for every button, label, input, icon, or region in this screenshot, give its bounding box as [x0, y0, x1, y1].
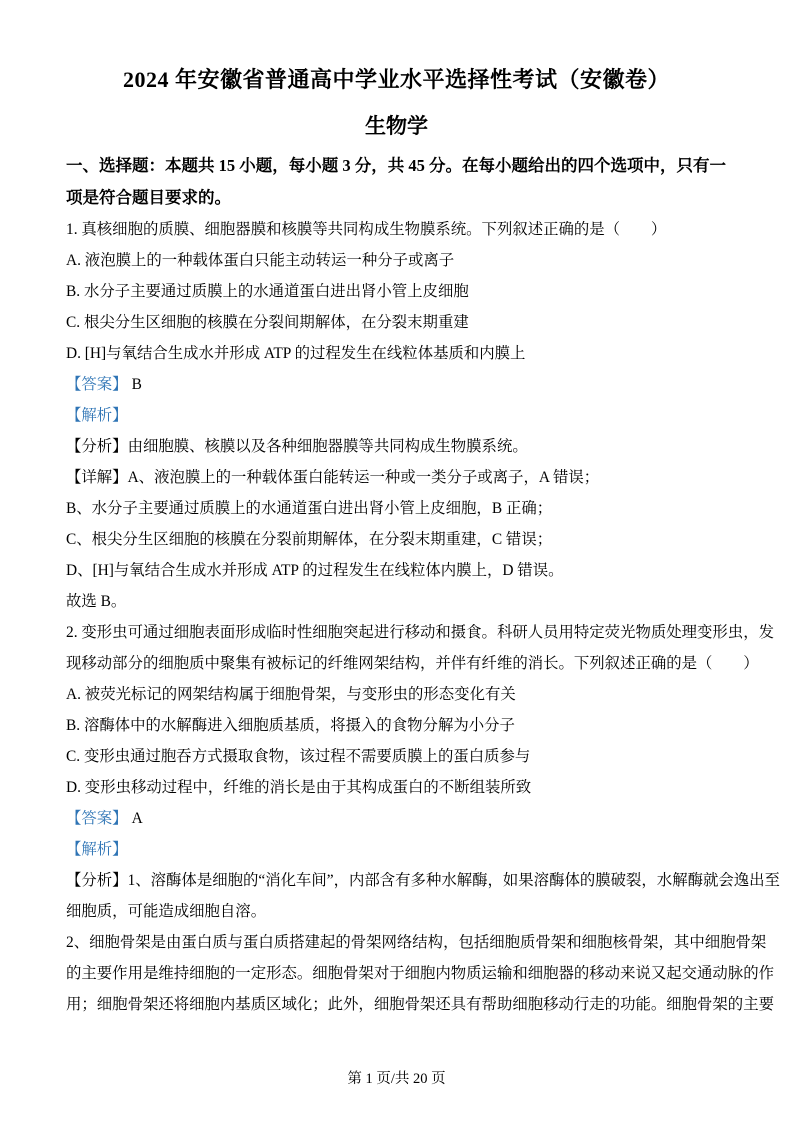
question-1-option-c: C. 根尖分生区细胞的核膜在分裂间期解体，在分裂末期重建 — [66, 307, 727, 338]
question-1-explain-line: C、根尖分生区细胞的核膜在分裂前期解体，在分裂末期重建，C 错误； — [66, 524, 727, 555]
question-2-option-d: D. 变形虫移动过程中，纤维的消长是由于其构成蛋白的不断组装所致 — [66, 772, 727, 803]
section-header: 一、选择题：本题共 15 小题，每小题 3 分，共 45 分。在每小题给出的四个… — [66, 150, 727, 214]
answer-label: 【答案】 — [66, 810, 128, 827]
question-1-explain-line: B、水分子主要通过质膜上的水通道蛋白进出肾小管上皮细胞，B 正确； — [66, 493, 727, 524]
question-2-explain-line: 【分析】1、溶酶体是细胞的“消化车间”，内部含有多种水解酶，如果溶酶体的膜破裂，… — [66, 865, 727, 896]
question-1-explain-line: 【详解】A、液泡膜上的一种载体蛋白能转运一种或一类分子或离子，A 错误； — [66, 462, 727, 493]
question-2-explain-line: 2、细胞骨架是由蛋白质与蛋白质搭建起的骨架网络结构，包括细胞质骨架和细胞核骨架，… — [66, 927, 727, 958]
question-1-option-b: B. 水分子主要通过质膜上的水通道蛋白进出肾小管上皮细胞 — [66, 276, 727, 307]
question-2-explain-line: 用；细胞骨架还将细胞内基质区域化；此外，细胞骨架还具有帮助细胞移动行走的功能。细… — [66, 989, 727, 1020]
page-footer: 第 1 页/共 20 页 — [0, 1068, 793, 1090]
analysis-label: 【解析】 — [66, 400, 727, 431]
question-2-option-a: A. 被荧光标记的网架结构属于细胞骨架，与变形虫的形态变化有关 — [66, 679, 727, 710]
question-2-answer-line: 【答案】A — [66, 803, 727, 834]
question-2-stem: 2. 变形虫可通过细胞表面形成临时性细胞突起进行移动和摄食。科研人员用特定荧光物… — [66, 617, 727, 648]
answer-label: 【答案】 — [66, 376, 128, 393]
question-1-explain-line: D、[H]与氧结合生成水并形成 ATP 的过程发生在线粒体内膜上，D 错误。 — [66, 555, 727, 586]
document-subtitle: 生物学 — [66, 108, 727, 144]
answer-value: A — [132, 810, 143, 827]
exam-document-page: 2024 年安徽省普通高中学业水平选择性考试（安徽卷） 生物学 一、选择题：本题… — [0, 0, 793, 1122]
question-1-explain-line: 【分析】由细胞膜、核膜以及各种细胞器膜等共同构成生物膜系统。 — [66, 431, 727, 462]
question-2: 2. 变形虫可通过细胞表面形成临时性细胞突起进行移动和摄食。科研人员用特定荧光物… — [66, 617, 727, 1020]
question-2-explain-line: 的主要作用是维持细胞的一定形态。细胞骨架对于细胞内物质运输和细胞器的移动来说又起… — [66, 958, 727, 989]
question-2-explain-line: 细胞质，可能造成细胞自溶。 — [66, 896, 727, 927]
question-2-stem: 现移动部分的细胞质中聚集有被标记的纤维网架结构，并伴有纤维的消长。下列叙述正确的… — [66, 648, 727, 679]
question-1-stem: 1. 真核细胞的质膜、细胞器膜和核膜等共同构成生物膜系统。下列叙述正确的是（ ） — [66, 214, 727, 245]
question-2-option-b: B. 溶酶体中的水解酶进入细胞质基质，将摄入的食物分解为小分子 — [66, 710, 727, 741]
answer-value: B — [132, 376, 142, 393]
document-title: 2024 年安徽省普通高中学业水平选择性考试（安徽卷） — [66, 0, 727, 98]
section-header-line: 项是符合题目要求的。 — [66, 182, 727, 214]
analysis-label: 【解析】 — [66, 834, 727, 865]
question-1-answer-line: 【答案】B — [66, 369, 727, 400]
question-1-option-d: D. [H]与氧结合生成水并形成 ATP 的过程发生在线粒体基质和内膜上 — [66, 338, 727, 369]
question-1-conclusion: 故选 B。 — [66, 586, 727, 617]
section-header-line: 一、选择题：本题共 15 小题，每小题 3 分，共 45 分。在每小题给出的四个… — [66, 150, 727, 182]
question-1: 1. 真核细胞的质膜、细胞器膜和核膜等共同构成生物膜系统。下列叙述正确的是（ ）… — [66, 214, 727, 617]
page-content: 2024 年安徽省普通高中学业水平选择性考试（安徽卷） 生物学 一、选择题：本题… — [66, 0, 727, 1020]
question-2-option-c: C. 变形虫通过胞吞方式摄取食物，该过程不需要质膜上的蛋白质参与 — [66, 741, 727, 772]
question-1-option-a: A. 液泡膜上的一种载体蛋白只能主动转运一种分子或离子 — [66, 245, 727, 276]
